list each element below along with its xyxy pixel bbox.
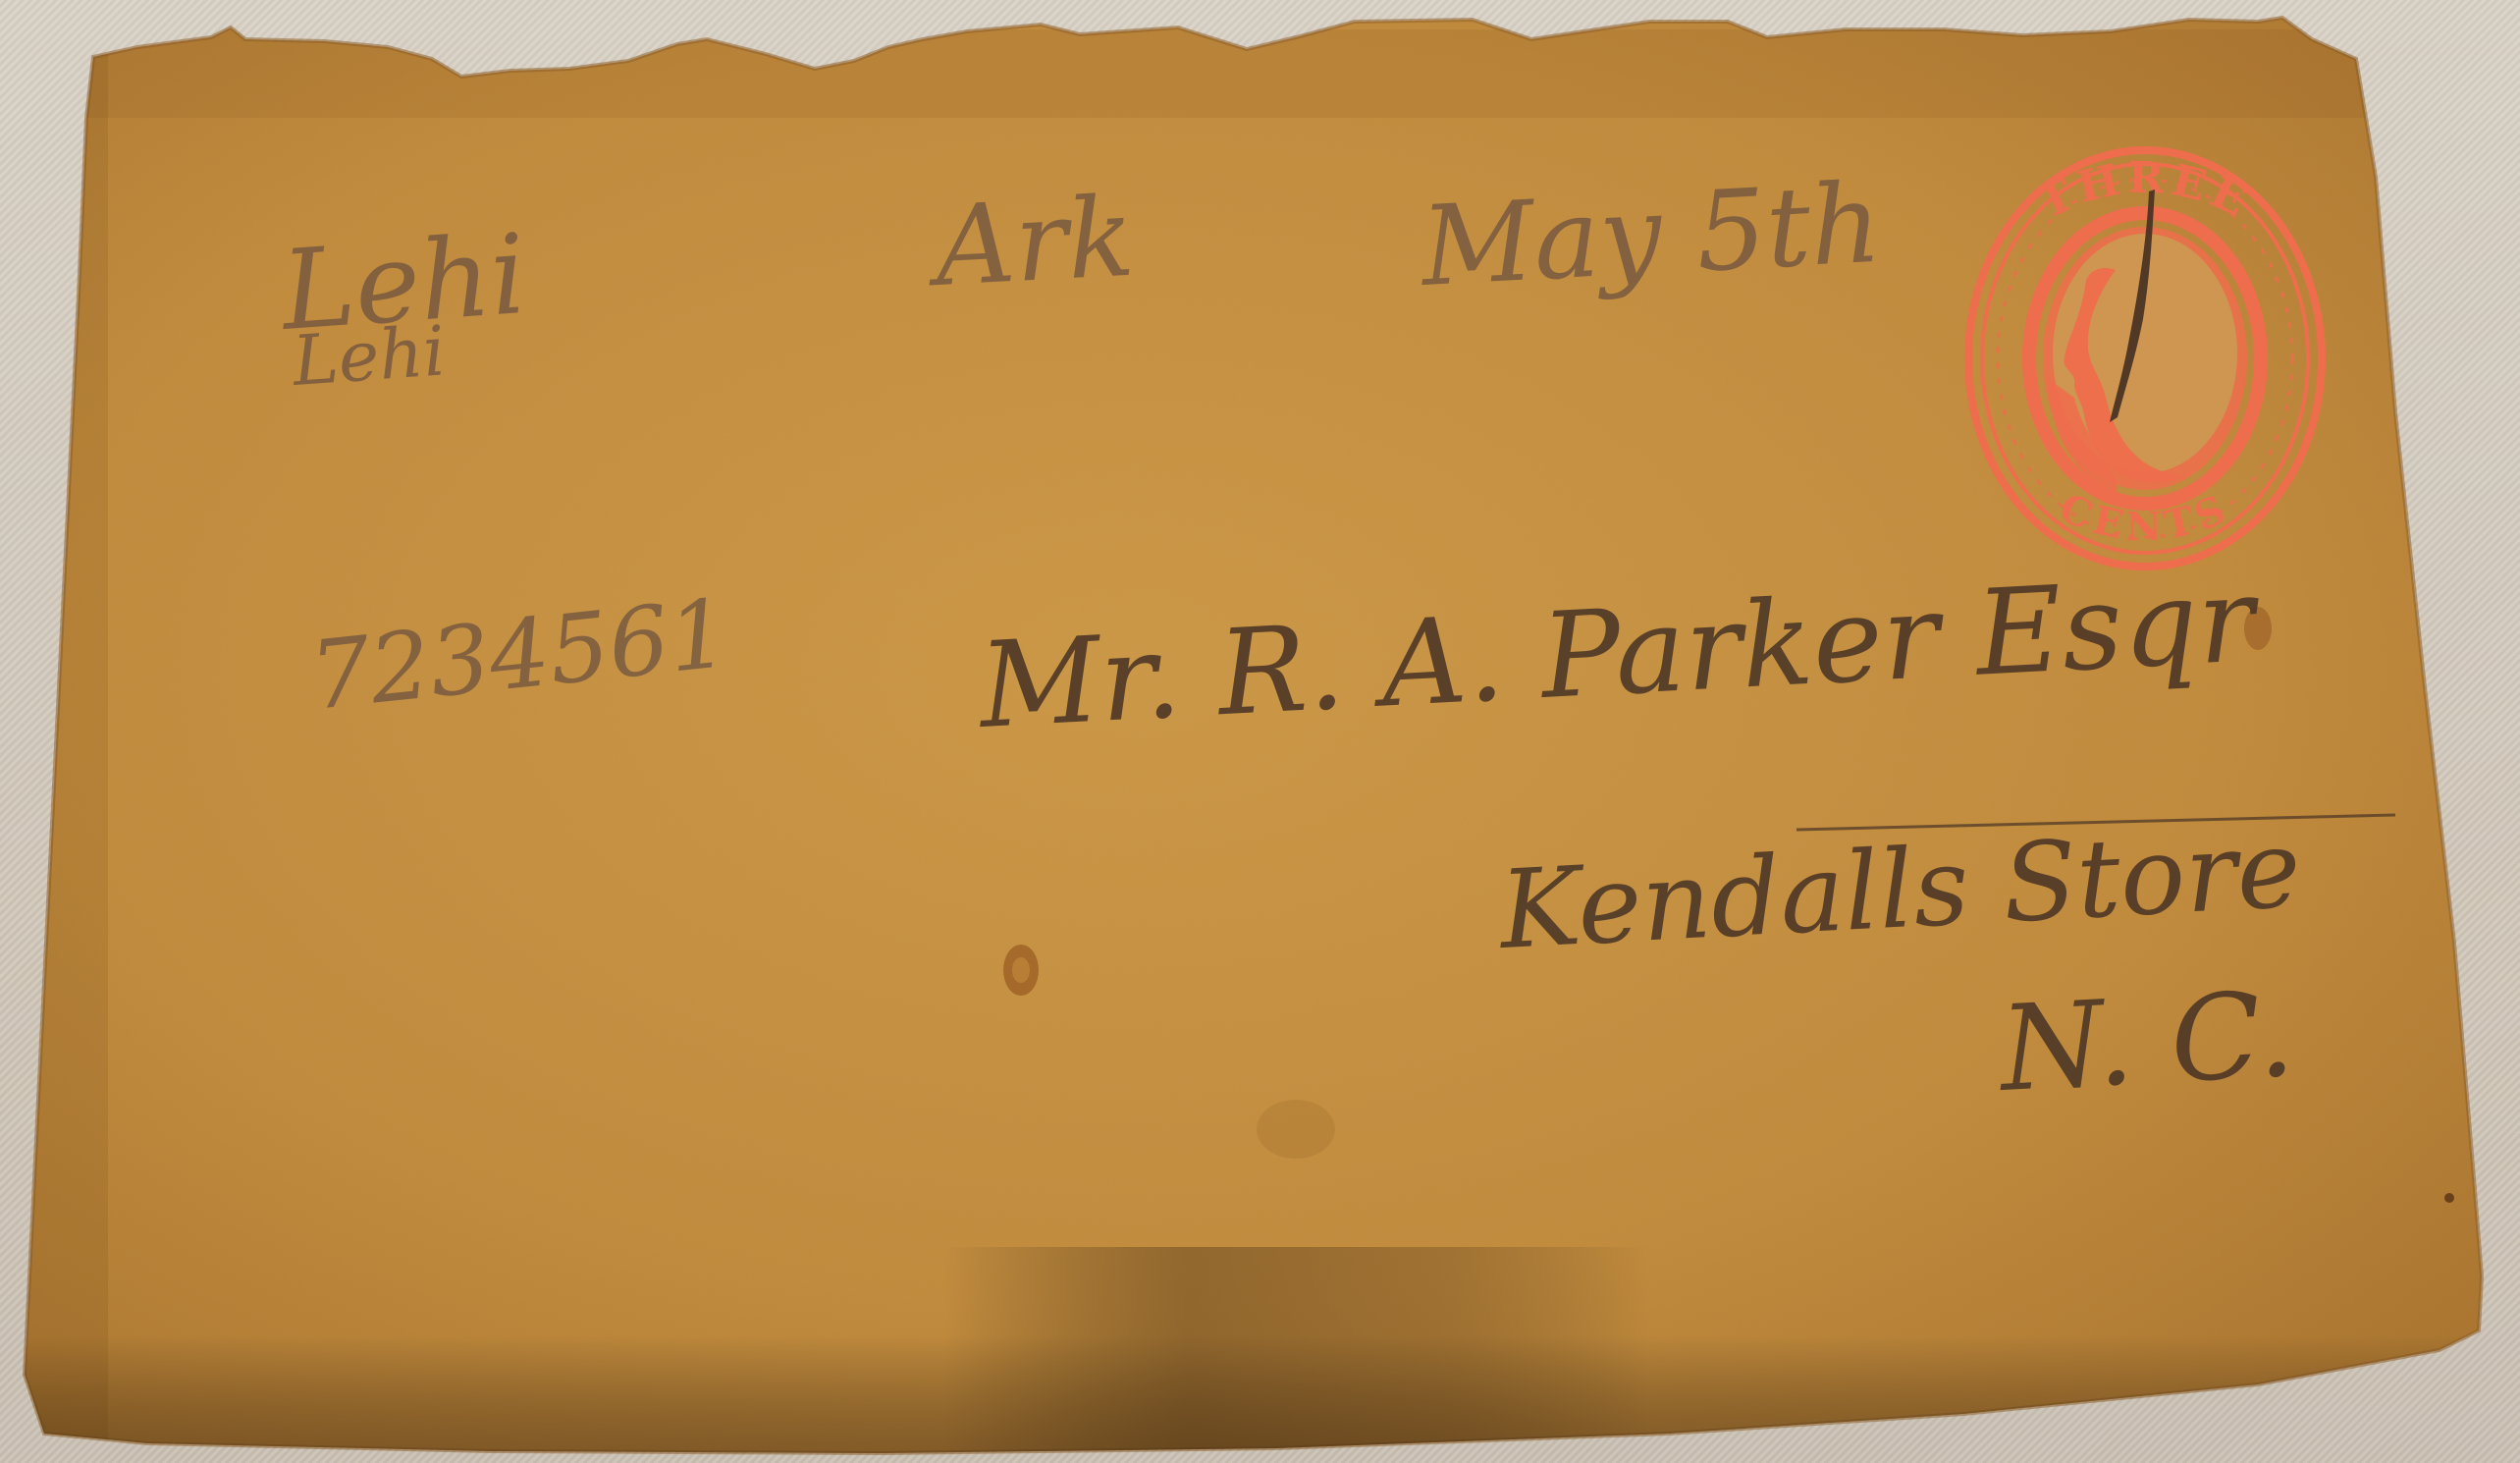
postmark-place-sub: Lehi xyxy=(288,310,448,402)
envelope-photo: THREE CENTS Lehi Lehi Ark May 5th 723456… xyxy=(0,0,2520,1463)
postmark-state: Ark xyxy=(924,174,1138,312)
address-state: N. C. xyxy=(1994,966,2297,1118)
postmark-date: May 5th xyxy=(1417,160,1885,311)
